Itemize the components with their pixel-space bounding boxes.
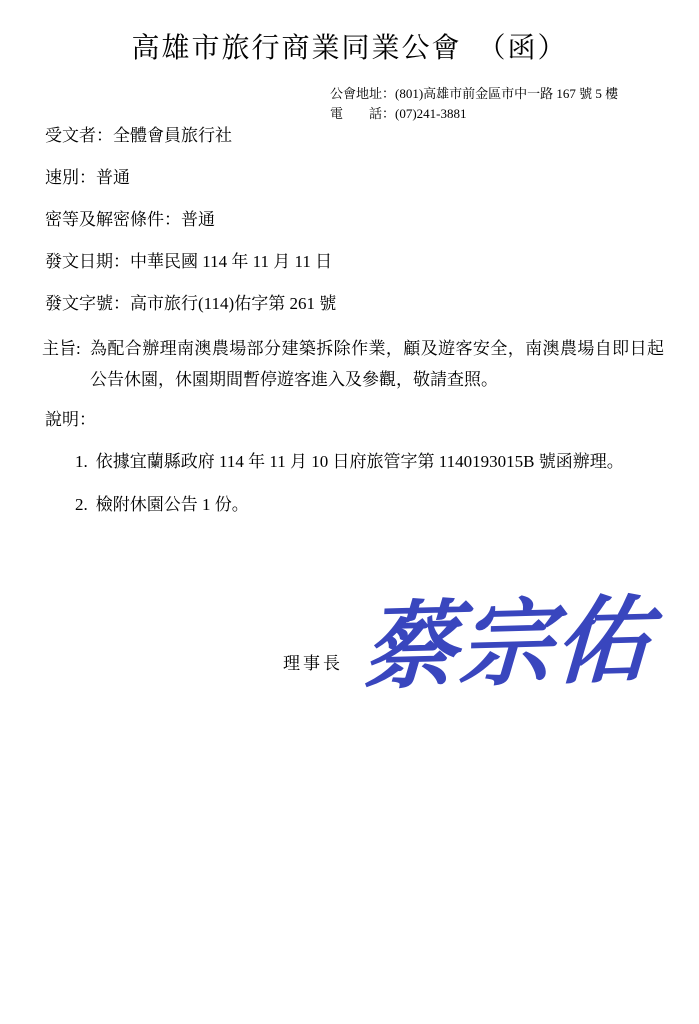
- field-doc-number: 發文字號：高市旅行(114)佑字第 261 號: [45, 295, 336, 312]
- subject-text: 為配合辦理南澳農場部分建築拆除作業，顧及遊客安全，南澳農場自即日起公告休園，休園…: [90, 333, 664, 395]
- chairman-title: 理事長: [283, 649, 343, 674]
- explanation-item: 2.檢附休園公告 1 份。: [75, 489, 675, 520]
- field-recipient-label: 受文者：: [45, 126, 113, 145]
- field-speed: 速別：普通: [45, 169, 336, 186]
- document-title: 高雄市旅行商業同業公會 （函）: [0, 26, 699, 66]
- subject-section: 主旨: 為配合辦理南澳農場部分建築拆除作業，顧及遊客安全，南澳農場自即日起公告休…: [42, 333, 664, 395]
- chairman-signature: 蔡宗佑: [361, 594, 653, 696]
- field-speed-value: 普通: [96, 168, 130, 187]
- association-phone: 電 話：(07)241-3881: [330, 104, 618, 124]
- subject-label: 主旨:: [42, 333, 90, 395]
- document-page: 高雄市旅行商業同業公會 （函） 公會地址：(801)高雄市前金區市中一路 167…: [0, 0, 699, 1024]
- field-security-value: 普通: [181, 210, 215, 229]
- document-fields: 受文者：全體會員旅行社 速別：普通 密等及解密條件：普通 發文日期：中華民國 1…: [45, 127, 336, 337]
- field-doc-number-label: 發文字號：: [45, 294, 130, 313]
- explanation-items: 1.依據宜蘭縣政府 114 年 11 月 10 日府旅管字第 114019301…: [75, 446, 675, 532]
- signature-block: 理事長 蔡宗佑: [283, 580, 649, 700]
- item-number: 1.: [75, 446, 88, 477]
- explanation-label: 說明：: [45, 404, 96, 435]
- field-doc-number-value: 高市旅行(114)佑字第 261 號: [130, 294, 336, 313]
- field-issue-date: 發文日期：中華民國 114 年 11 月 11 日: [45, 253, 336, 270]
- item-text: 依據宜蘭縣政府 114 年 11 月 10 日府旅管字第 1140193015B…: [96, 452, 624, 471]
- association-contact-block: 公會地址：(801)高雄市前金區市中一路 167 號 5 樓 電 話：(07)2…: [330, 84, 618, 124]
- field-recipient: 受文者：全體會員旅行社: [45, 127, 336, 144]
- association-address: 公會地址：(801)高雄市前金區市中一路 167 號 5 樓: [330, 84, 618, 104]
- field-issue-date-label: 發文日期：: [45, 252, 130, 271]
- explanation-item: 1.依據宜蘭縣政府 114 年 11 月 10 日府旅管字第 114019301…: [75, 446, 675, 477]
- field-issue-date-value: 中華民國 114 年 11 月 11 日: [130, 252, 332, 271]
- field-security: 密等及解密條件：普通: [45, 211, 336, 228]
- item-number: 2.: [75, 489, 88, 520]
- field-speed-label: 速別：: [45, 168, 96, 187]
- field-security-label: 密等及解密條件：: [45, 210, 181, 229]
- field-recipient-value: 全體會員旅行社: [113, 126, 232, 145]
- item-text: 檢附休園公告 1 份。: [96, 495, 249, 514]
